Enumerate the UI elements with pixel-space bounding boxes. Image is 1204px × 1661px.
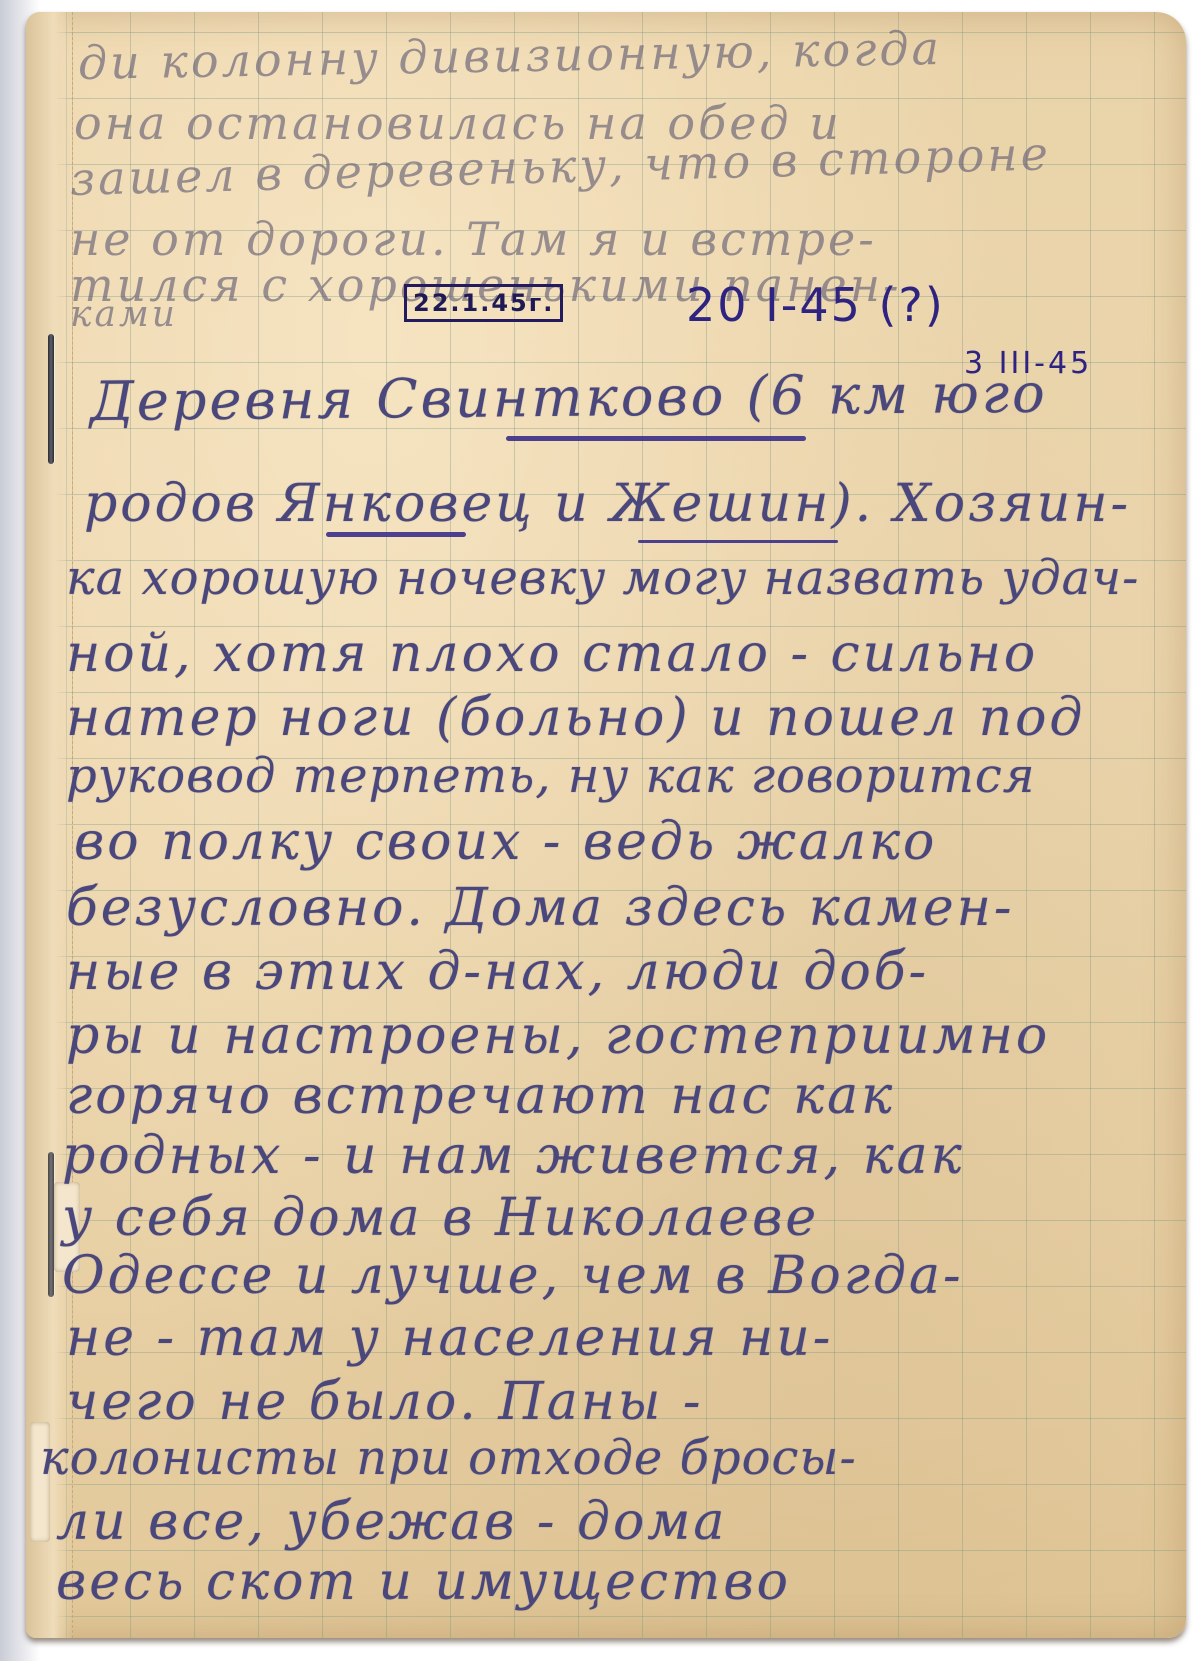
body-line-4: ной, хотя плохо стало - сильно — [66, 624, 1038, 684]
body-line-7: во полку своих - ведь жалко — [74, 812, 937, 872]
upper-staple-icon — [48, 334, 54, 464]
body-line-19: весь скот и имущество — [56, 1552, 791, 1612]
body-line-13: у себя дома в Николаеве — [62, 1188, 819, 1248]
body-line-18: ли все, убежав - дома — [56, 1492, 727, 1552]
body-line-9: ные в этих д-нах, люди доб- — [66, 942, 929, 1002]
underline-yankovets — [326, 532, 466, 537]
boxed-date: 22.1.45г. — [404, 284, 563, 322]
body-line-8: безусловно. Дома здесь камен- — [66, 878, 1015, 938]
body-line-14: Одессе и лучше, чем в Вогда- — [62, 1246, 964, 1306]
body-line-3: ка хорошую ночевку могу назвать удач- — [66, 550, 1139, 606]
body-line-6: руковод терпеть, ну как говорится — [66, 748, 1036, 804]
underline-zheshin — [638, 540, 838, 543]
body-line-2: родов Янковец и Жешин). Хозяин- — [84, 474, 1131, 534]
body-line-11: горячо встречают нас как — [66, 1066, 895, 1126]
body-line-5: натер ноги (больно) и пошел под — [66, 688, 1085, 748]
body-line-15: не - там у населения ни- — [66, 1308, 833, 1368]
underline-svintkovo — [506, 436, 806, 441]
corrected-date: 20 I-45 (?) — [686, 278, 945, 332]
body-line-17: колонисты при отходе бросы- — [40, 1430, 857, 1486]
body-line-1: Деревня Свинтково (6 км юго — [90, 362, 1048, 433]
body-line-12: родных - и нам живется, как — [62, 1126, 965, 1186]
faded-line-6: ками — [70, 294, 178, 335]
body-line-16: чего не было. Паны - — [66, 1372, 703, 1432]
notebook-page: ди колонну дивизионную, когда она остано… — [26, 12, 1186, 1638]
body-line-10: ры и настроены, гостеприимно — [66, 1006, 1050, 1066]
